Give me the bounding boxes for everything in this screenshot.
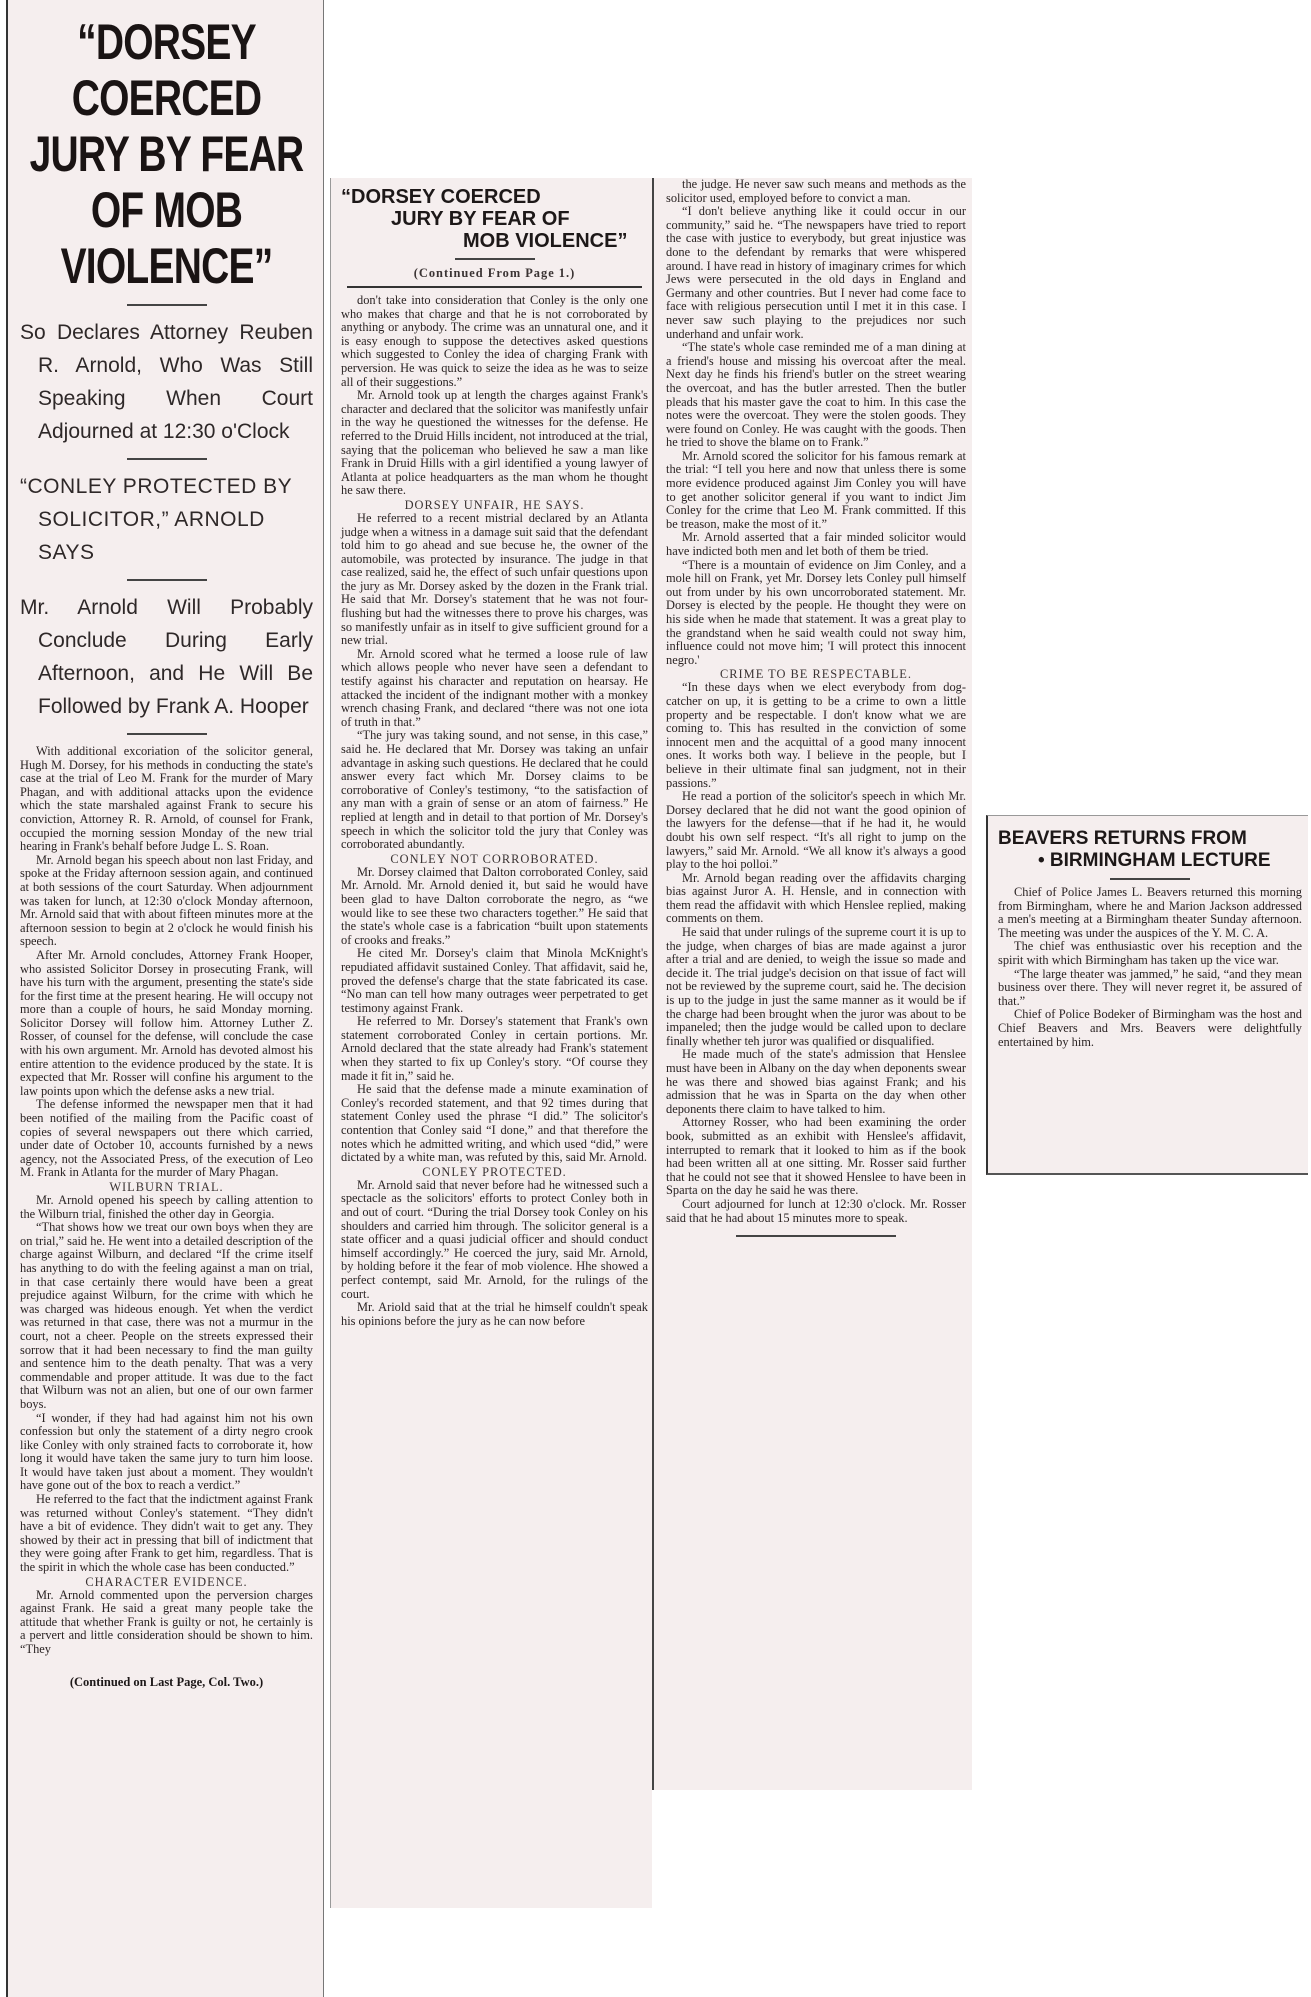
paragraph: After Mr. Arnold concludes, Attorney Fra… bbox=[20, 949, 313, 1099]
continuation-column-3: the judge. He never saw such means and m… bbox=[652, 178, 972, 1790]
continuation-clipping: “DORSEY COERCED JURY BY FEAR OF MOB VIOL… bbox=[330, 178, 652, 1908]
paragraph: The defense informed the newspaper men t… bbox=[20, 1098, 313, 1180]
beavers-story-clipping: BEAVERS RETURNS FROM • BIRMINGHAM LECTUR… bbox=[986, 815, 1308, 1175]
subhead-conley-protected: CONLEY PROTECTED. bbox=[341, 1165, 648, 1179]
paragraph: “The large theater was jammed,” he said,… bbox=[998, 968, 1302, 1009]
paragraph: “That shows how we treat our own boys wh… bbox=[20, 1221, 313, 1411]
paragraph: Mr. Arnold opened his speech by calling … bbox=[20, 1194, 313, 1221]
continuation-headline: “DORSEY COERCED JURY BY FEAR OF MOB VIOL… bbox=[341, 186, 648, 252]
paragraph: Mr. Arnold scored the solicitor for his … bbox=[666, 450, 966, 532]
paragraph: Mr. Arnold began his speech about non la… bbox=[20, 854, 313, 949]
beavers-headline: BEAVERS RETURNS FROM • BIRMINGHAM LECTUR… bbox=[998, 828, 1302, 872]
paragraph: Chief of Police Bodeker of Birmingham wa… bbox=[998, 1008, 1302, 1049]
paragraph: He cited Mr. Dorsey's claim that Minola … bbox=[341, 947, 648, 1015]
paragraph: He said that the defense made a minute e… bbox=[341, 1083, 648, 1165]
article-body: don't take into consideration that Conle… bbox=[341, 294, 648, 1328]
paragraph: He referred to Mr. Dorsey's statement th… bbox=[341, 1015, 648, 1083]
paragraph: He referred to a recent mistrial declare… bbox=[341, 512, 648, 648]
article-body: the judge. He never saw such means and m… bbox=[666, 178, 966, 1225]
end-rule bbox=[736, 1235, 896, 1237]
divider bbox=[127, 579, 207, 581]
paragraph: “In these days when we elect everybody f… bbox=[666, 681, 966, 790]
paragraph: The chief was enthusiastic over his rece… bbox=[998, 940, 1302, 967]
deck-conley-protected: “CONLEY PROTECTED BY SOLICITOR,” ARNOLD … bbox=[20, 470, 313, 569]
deck-declares: So Declares Attorney Reuben R. Arnold, W… bbox=[20, 316, 313, 448]
subhead-dorsey-unfair: DORSEY UNFAIR, HE SAYS. bbox=[341, 498, 648, 512]
divider bbox=[455, 258, 535, 260]
divider bbox=[127, 304, 207, 306]
article-body: With additional excoriation of the solic… bbox=[20, 745, 313, 1657]
paragraph: He referred to the fact that the indictm… bbox=[20, 1493, 313, 1575]
paragraph: “I don't believe anything like it could … bbox=[666, 205, 966, 341]
continued-note: (Continued on Last Page, Col. Two.) bbox=[20, 1675, 313, 1690]
paragraph: Mr. Arnold took up at length the charges… bbox=[341, 389, 648, 498]
paragraph: “The jury was taking sound, and not sens… bbox=[341, 729, 648, 851]
paragraph: Mr. Arnold began reading over the affida… bbox=[666, 872, 966, 926]
paragraph: Mr. Dorsey claimed that Dalton corrobora… bbox=[341, 866, 648, 948]
divider bbox=[127, 733, 207, 735]
paragraph: With additional excoriation of the solic… bbox=[20, 745, 313, 854]
paragraph: Chief of Police James L. Beavers returne… bbox=[998, 886, 1302, 940]
paragraph: “I wonder, if they had had against him n… bbox=[20, 1412, 313, 1494]
continued-from-note: (Continued From Page 1.) bbox=[341, 266, 648, 280]
subhead-conley-not-corroborated: CONLEY NOT CORROBORATED. bbox=[341, 852, 648, 866]
paragraph: the judge. He never saw such means and m… bbox=[666, 178, 966, 205]
divider bbox=[347, 286, 642, 288]
beavers-body: Chief of Police James L. Beavers returne… bbox=[998, 886, 1302, 1049]
divider bbox=[127, 458, 207, 460]
paragraph: “There is a mountain of evidence on Jim … bbox=[666, 559, 966, 668]
paragraph: He read a portion of the solicitor's spe… bbox=[666, 790, 966, 872]
paragraph: Attorney Rosser, who had been examining … bbox=[666, 1116, 966, 1198]
paragraph: “The state's whole case reminded me of a… bbox=[666, 341, 966, 450]
subhead-wilburn-trial: WILBURN TRIAL. bbox=[20, 1180, 313, 1194]
deck-arnold-conclude: Mr. Arnold Will Probably Conclude During… bbox=[20, 591, 313, 723]
paragraph: Mr. Arnold asserted that a fair minded s… bbox=[666, 531, 966, 558]
paragraph: He made much of the state's admission th… bbox=[666, 1048, 966, 1116]
paragraph: Mr. Arnold commented upon the perversion… bbox=[20, 1589, 313, 1657]
front-page-clipping: “DORSEY COERCED JURY BY FEAR OF MOB VIOL… bbox=[6, 0, 324, 1997]
paragraph: Court adjourned for lunch at 12:30 o'clo… bbox=[666, 1198, 966, 1225]
paragraph: He said that under rulings of the suprem… bbox=[666, 926, 966, 1048]
paragraph: Mr. Arnold said that never before had he… bbox=[341, 1179, 648, 1301]
paragraph: Mr. Ariold said that at the trial he him… bbox=[341, 1301, 648, 1328]
subhead-character-evidence: CHARACTER EVIDENCE. bbox=[20, 1575, 313, 1589]
paragraph: Mr. Arnold scored what he termed a loose… bbox=[341, 648, 648, 730]
divider bbox=[1110, 878, 1190, 880]
main-headline: “DORSEY COERCED JURY BY FEAR OF MOB VIOL… bbox=[21, 14, 312, 294]
paragraph: don't take into consideration that Conle… bbox=[341, 294, 648, 389]
subhead-crime-respectable: CRIME TO BE RESPECTABLE. bbox=[666, 667, 966, 681]
